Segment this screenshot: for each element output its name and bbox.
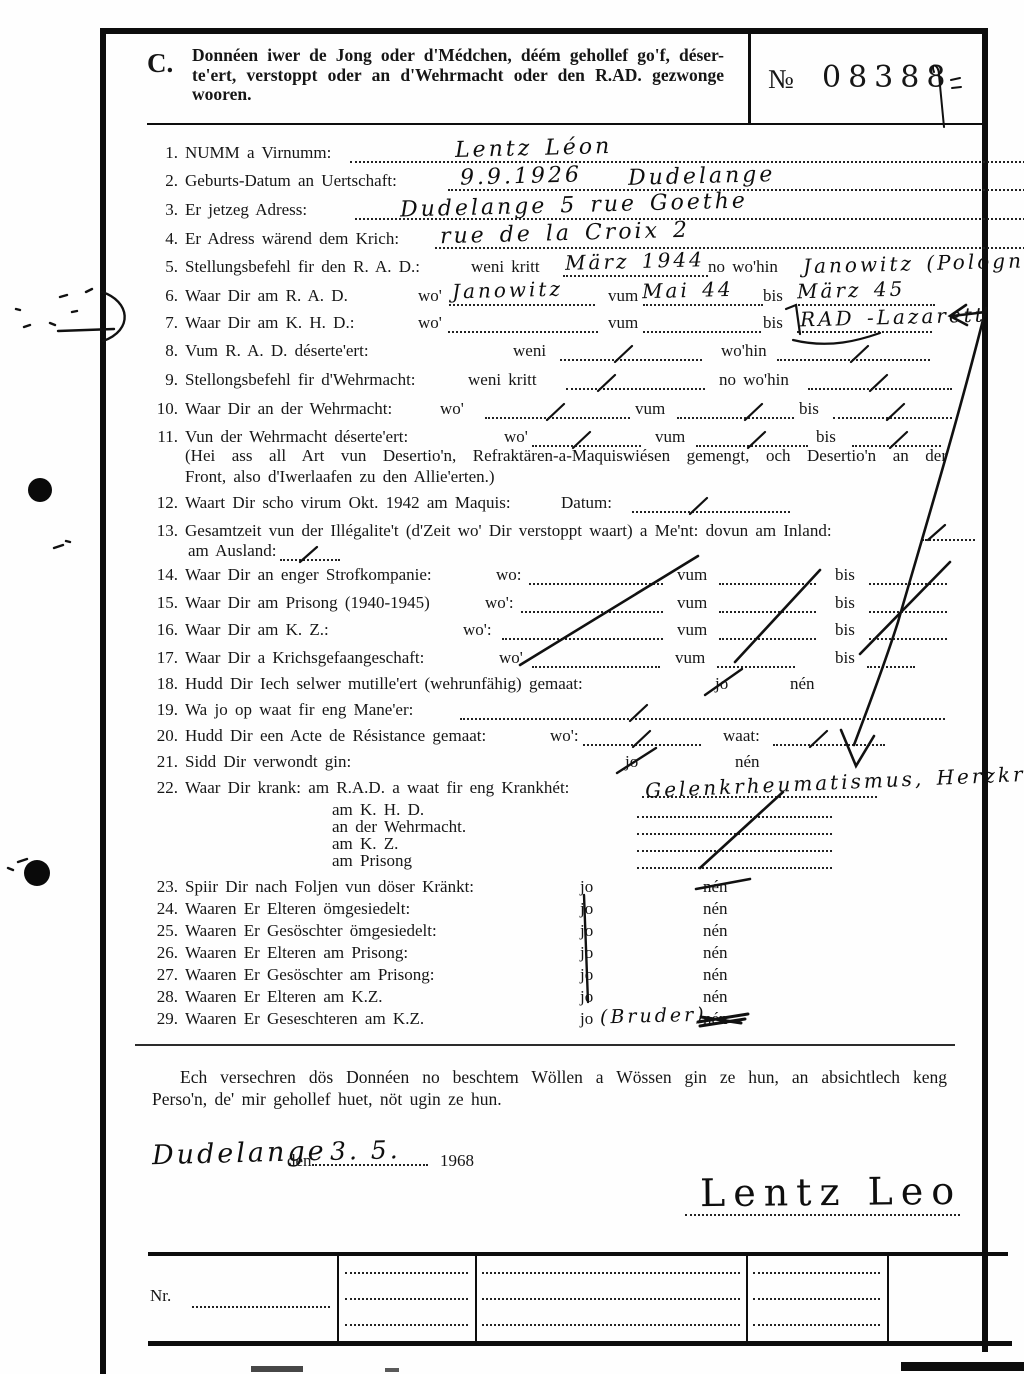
question-label: Hudd Dir Iech selwer mutille'ert (wehrun… — [185, 674, 583, 694]
question-number: 17. — [145, 648, 178, 668]
field-label: wo' — [499, 648, 523, 668]
option-jo: jo — [580, 987, 593, 1007]
question-row-9: 9. Stellongsbefehl fir d'Wehrmacht: weni… — [145, 370, 979, 396]
option-nen: nén — [703, 987, 728, 1007]
year-label: 1968 — [440, 1151, 474, 1171]
question-row-16: 16. Waar Dir am K. Z.: wo': vum bis — [145, 620, 979, 646]
question-label: Vum R. A. D. déserte'ert: — [185, 341, 369, 361]
field-label: bis — [816, 427, 836, 447]
note-line: Front, also d'Iwerlaafen zu den Allie'er… — [185, 467, 947, 488]
question-row-13b: am Ausland: — [145, 541, 979, 567]
question-label: Er Adress wärend dem Krich: — [185, 229, 399, 249]
answer-line — [643, 313, 761, 333]
answer-line — [717, 648, 795, 668]
field-label: vum — [655, 427, 685, 447]
answer-line — [532, 427, 641, 447]
question-row-14: 14. Waar Dir an enger Strofkompanie: wo:… — [145, 565, 979, 591]
question-label: Sidd Dir verwondt gin: — [185, 752, 351, 772]
question-number: 8. — [145, 341, 178, 361]
field-label: vum — [608, 313, 638, 333]
question-label: NUMM a Virnumm: — [185, 143, 331, 163]
option-nen: nén — [735, 752, 760, 772]
question-number: 25. — [145, 921, 178, 941]
question-number: 19. — [145, 700, 178, 720]
field-label: wo' — [418, 313, 442, 333]
question-label: Waar Dir an der Wehrmacht: — [185, 399, 392, 419]
question-number: 20. — [145, 726, 178, 746]
question-number: 9. — [145, 370, 178, 390]
option-jo: jo — [625, 752, 638, 772]
field-label: wo': — [550, 726, 579, 746]
question-label: Wa jo op waat fir eng Mane'er: — [185, 700, 413, 720]
option-jo: jo — [580, 943, 593, 963]
handwritten-answer: Mai 44 — [642, 277, 734, 303]
table-cell-line — [482, 1254, 740, 1274]
answer-line — [529, 565, 663, 585]
question-number: 5. — [145, 257, 178, 277]
question-number: 24. — [145, 899, 178, 919]
section-divider — [135, 1044, 955, 1046]
option-nen: nén — [703, 877, 728, 897]
answer-line — [869, 620, 947, 640]
question-label: Waar Dir krank: am R.A.D. a waat fir eng… — [185, 778, 569, 798]
table-divider — [475, 1252, 477, 1344]
question-row-29: 29. Waaren Er Geseschteren am K.Z. jo (B… — [145, 1009, 979, 1035]
table-divider — [887, 1252, 889, 1344]
field-label: no wo'hin — [708, 257, 778, 277]
question-row-7: 7. Waar Dir am K. H. D.: wo' vum bis RAD… — [145, 313, 979, 339]
handwritten-answer: 9.9.1926 — [460, 162, 583, 190]
page-border-left — [100, 28, 106, 1374]
answer-line — [833, 399, 952, 419]
question-label: Waar Dir am K. H. D.: — [185, 313, 354, 333]
section-letter: C. — [147, 48, 173, 79]
form-number: 08388 — [822, 60, 952, 95]
field-label: bis — [763, 286, 783, 306]
scan-artifact — [251, 1366, 303, 1372]
header-line: te'ert, verstoppt oder an d'Wehrmacht od… — [192, 66, 724, 86]
question-number: 22. — [145, 778, 178, 798]
table-cell-line — [753, 1280, 880, 1300]
question-number: 23. — [145, 877, 178, 897]
handwritten-answer: März 1944 — [565, 247, 705, 275]
question-number: 15. — [145, 593, 178, 613]
field-label: wo: — [496, 565, 522, 585]
answer-line — [719, 565, 816, 585]
question-row-22-sub4: am Prisong — [145, 851, 979, 877]
header-text: Donnéen iwer de Jong oder d'Médchen, déé… — [192, 46, 724, 105]
field-label: wo': — [463, 620, 492, 640]
field-label: vum — [608, 286, 638, 306]
question-label: Gesamtzeit vun der Illégalite't (d'Zeit … — [185, 521, 832, 541]
question-row-20: 20. Hudd Dir een Acte de Résistance gema… — [145, 726, 979, 752]
question-label: Vun der Wehrmacht déserte'ert: — [185, 427, 408, 447]
header-line: Donnéen iwer de Jong oder d'Médchen, déé… — [192, 46, 724, 66]
field-label: am Prisong — [332, 851, 412, 871]
question-number: 13. — [145, 521, 178, 541]
question-number: 11. — [145, 427, 178, 447]
question-label: Waaren Er Elteren ömgesiedelt: — [185, 899, 410, 919]
date-handwritten: 3. 5. — [330, 1135, 401, 1166]
answer-line — [808, 370, 952, 390]
header-number-divider — [748, 34, 751, 124]
question-number: 21. — [145, 752, 178, 772]
answer-line — [867, 648, 915, 668]
option-nen: nén — [703, 921, 728, 941]
answer-line — [777, 341, 930, 361]
question-label: Waar Dir am K. Z.: — [185, 620, 329, 640]
hole-punch — [28, 478, 52, 502]
question-row-8: 8. Vum R. A. D. déserte'ert: weni wo'hin — [145, 341, 979, 367]
answer-line — [502, 620, 663, 640]
table-divider — [337, 1252, 339, 1344]
nr-dotted-line — [192, 1288, 330, 1308]
answer-line — [719, 620, 816, 640]
header-line: wooren. — [192, 85, 724, 105]
note-line: (Hei ass all Art vun Desertio'n, Refrakt… — [185, 446, 947, 467]
answer-line — [566, 370, 705, 390]
question-number: 12. — [145, 493, 178, 513]
field-label: weni kritt — [471, 257, 540, 277]
field-label: bis — [835, 620, 855, 640]
handwritten-answer: RAD -Lazarett — [800, 303, 986, 332]
question-number: 10. — [145, 399, 178, 419]
question-label: Waaren Er Gesöschter am Prisong: — [185, 965, 435, 985]
field-label: wo' — [418, 286, 442, 306]
question-label: Spiir Dir nach Foljen vun döser Kränkt: — [185, 877, 474, 897]
signature-line — [685, 1196, 960, 1216]
answer-line — [696, 427, 808, 447]
answer-line — [852, 427, 941, 447]
question-number: 14. — [145, 565, 178, 585]
table-cell-line — [345, 1254, 468, 1274]
answer-line — [448, 313, 598, 333]
field-label: am Ausland: — [188, 541, 276, 561]
table-cell-line — [482, 1306, 740, 1326]
header-underline — [147, 123, 985, 125]
left-margin-marks — [8, 289, 125, 870]
scanned-form-page: C. Donnéen iwer de Jong oder d'Médchen, … — [0, 0, 1024, 1374]
question-row-10: 10. Waar Dir an der Wehrmacht: wo' vum b… — [145, 399, 979, 425]
question-number: 16. — [145, 620, 178, 640]
question-number: 27. — [145, 965, 178, 985]
question-number: 6. — [145, 286, 178, 306]
option-nen: nén — [703, 965, 728, 985]
question-label: Waart Dir scho virum Okt. 1942 am Maquis… — [185, 493, 511, 513]
field-label: bis — [835, 593, 855, 613]
question-label: Waar Dir an enger Strofkompanie: — [185, 565, 432, 585]
field-label: bis — [799, 399, 819, 419]
option-jo: jo — [580, 965, 593, 985]
declaration-text: Ech versechren dös Donnéen no beschtem W… — [152, 1066, 947, 1110]
question-label: Waar Dir am Prisong (1940-1945) — [185, 593, 430, 613]
handwritten-answer: Dudelange — [628, 162, 776, 191]
question-label: Stellongsbefehl fir d'Wehrmacht: — [185, 370, 416, 390]
table-cell-line — [345, 1306, 468, 1326]
page-border-right — [982, 28, 988, 1352]
table-border-bottom — [148, 1341, 1012, 1346]
numero-sign: № — [768, 64, 794, 95]
answer-line — [677, 399, 794, 419]
scan-artifact — [901, 1362, 1024, 1371]
option-jo: jo — [580, 877, 593, 897]
question-row-19: 19. Wa jo op waat fir eng Mane'er: — [145, 700, 979, 726]
question-label: Waar Dir a Krichsgefaangeschaft: — [185, 648, 424, 668]
field-label: Datum: — [561, 493, 612, 513]
answer-line — [583, 726, 701, 746]
answer-line — [869, 593, 947, 613]
field-label: vum — [677, 565, 707, 585]
question-label: Stellungsbefehl fir den R. A. D.: — [185, 257, 420, 277]
question-label: Waar Dir am R. A. D. — [185, 286, 348, 306]
answer-line — [719, 593, 816, 613]
question-number: 2. — [145, 171, 178, 191]
table-cell-line — [753, 1306, 880, 1326]
page-border-top — [100, 28, 988, 34]
answer-line — [485, 399, 630, 419]
question-number: 7. — [145, 313, 178, 333]
scan-artifact — [385, 1368, 399, 1372]
question-label: Waaren Er Elteren am K.Z. — [185, 987, 383, 1007]
option-jo: jo — [580, 1009, 593, 1029]
table-cell-line — [345, 1280, 468, 1300]
option-jo: jo — [715, 674, 728, 694]
answer-line — [560, 341, 702, 361]
question-number: 4. — [145, 229, 178, 249]
option-nen: nén — [703, 1009, 728, 1029]
question-row-15: 15. Waar Dir am Prisong (1940-1945) wo':… — [145, 593, 979, 619]
handwritten-answer: Janowitz — [452, 277, 564, 304]
option-jo: jo — [580, 899, 593, 919]
answer-line — [280, 541, 340, 561]
question-label: Er jetzeg Adress: — [185, 200, 307, 220]
question-label: Waaren Er Geseschteren am K.Z. — [185, 1009, 424, 1029]
table-cell-line — [482, 1280, 740, 1300]
hole-punch — [24, 860, 50, 886]
question-number: 29. — [145, 1009, 178, 1029]
field-label: bis — [835, 648, 855, 668]
question-number: 3. — [145, 200, 178, 220]
handwritten-answer: März 45 — [797, 277, 906, 304]
answer-line — [521, 593, 663, 613]
question-number: 28. — [145, 987, 178, 1007]
declaration-line: Perso'n, de' mir gehollef huet, nöt ugin… — [152, 1088, 947, 1110]
question-row-12: 12. Waart Dir scho virum Okt. 1942 am Ma… — [145, 493, 979, 519]
field-label: wo': — [485, 593, 514, 613]
question-11-note: (Hei ass all Art vun Desertio'n, Refrakt… — [185, 446, 947, 487]
den-label: den — [287, 1151, 312, 1171]
field-label: bis — [763, 313, 783, 333]
question-label: Waaren Er Gesöschter ömgesiedelt: — [185, 921, 437, 941]
option-nen: nén — [703, 899, 728, 919]
answer-line — [350, 143, 1024, 163]
option-nen: nén — [703, 943, 728, 963]
field-label: waat: — [723, 726, 760, 746]
question-number: 26. — [145, 943, 178, 963]
table-cell-line — [753, 1254, 880, 1274]
field-label: vum — [675, 648, 705, 668]
question-row-18: 18. Hudd Dir Iech selwer mutille'ert (we… — [145, 674, 979, 700]
field-label: weni kritt — [468, 370, 537, 390]
option-jo: jo — [580, 921, 593, 941]
handwritten-answer: Lentz Léon — [455, 134, 613, 163]
question-label: Waaren Er Elteren am Prisong: — [185, 943, 408, 963]
nr-label: Nr. — [150, 1286, 171, 1306]
field-label: wo'hin — [721, 341, 767, 361]
question-number: 18. — [145, 674, 178, 694]
question-label: Hudd Dir een Acte de Résistance gemaat: — [185, 726, 486, 746]
question-row-4: 4. Er Adress wärend dem Krich: rue de la… — [145, 229, 979, 255]
question-label: Geburts-Datum an Uertschaft: — [185, 171, 397, 191]
field-label: weni — [513, 341, 546, 361]
answer-line — [869, 565, 947, 585]
field-label: vum — [635, 399, 665, 419]
field-label: wo' — [504, 427, 528, 447]
field-label: no wo'hin — [719, 370, 789, 390]
answer-line — [637, 849, 832, 869]
question-number: 1. — [145, 143, 178, 163]
field-label: vum — [677, 593, 707, 613]
question-row-17: 17. Waar Dir a Krichsgefaangeschaft: wo'… — [145, 648, 979, 674]
option-nen: nén — [790, 674, 815, 694]
answer-line — [532, 648, 660, 668]
table-divider — [746, 1252, 748, 1344]
handwritten-answer: (Bruder) — [600, 1004, 707, 1029]
declaration-line: Ech versechren dös Donnéen no beschtem W… — [152, 1066, 947, 1088]
field-label: vum — [677, 620, 707, 640]
answer-line — [460, 700, 945, 720]
handwritten-answer: Janowitz (Pologne) — [803, 248, 1024, 278]
answer-line — [922, 521, 975, 541]
answer-line — [773, 726, 885, 746]
answer-line — [632, 493, 790, 513]
field-label: wo' — [440, 399, 464, 419]
field-label: bis — [835, 565, 855, 585]
